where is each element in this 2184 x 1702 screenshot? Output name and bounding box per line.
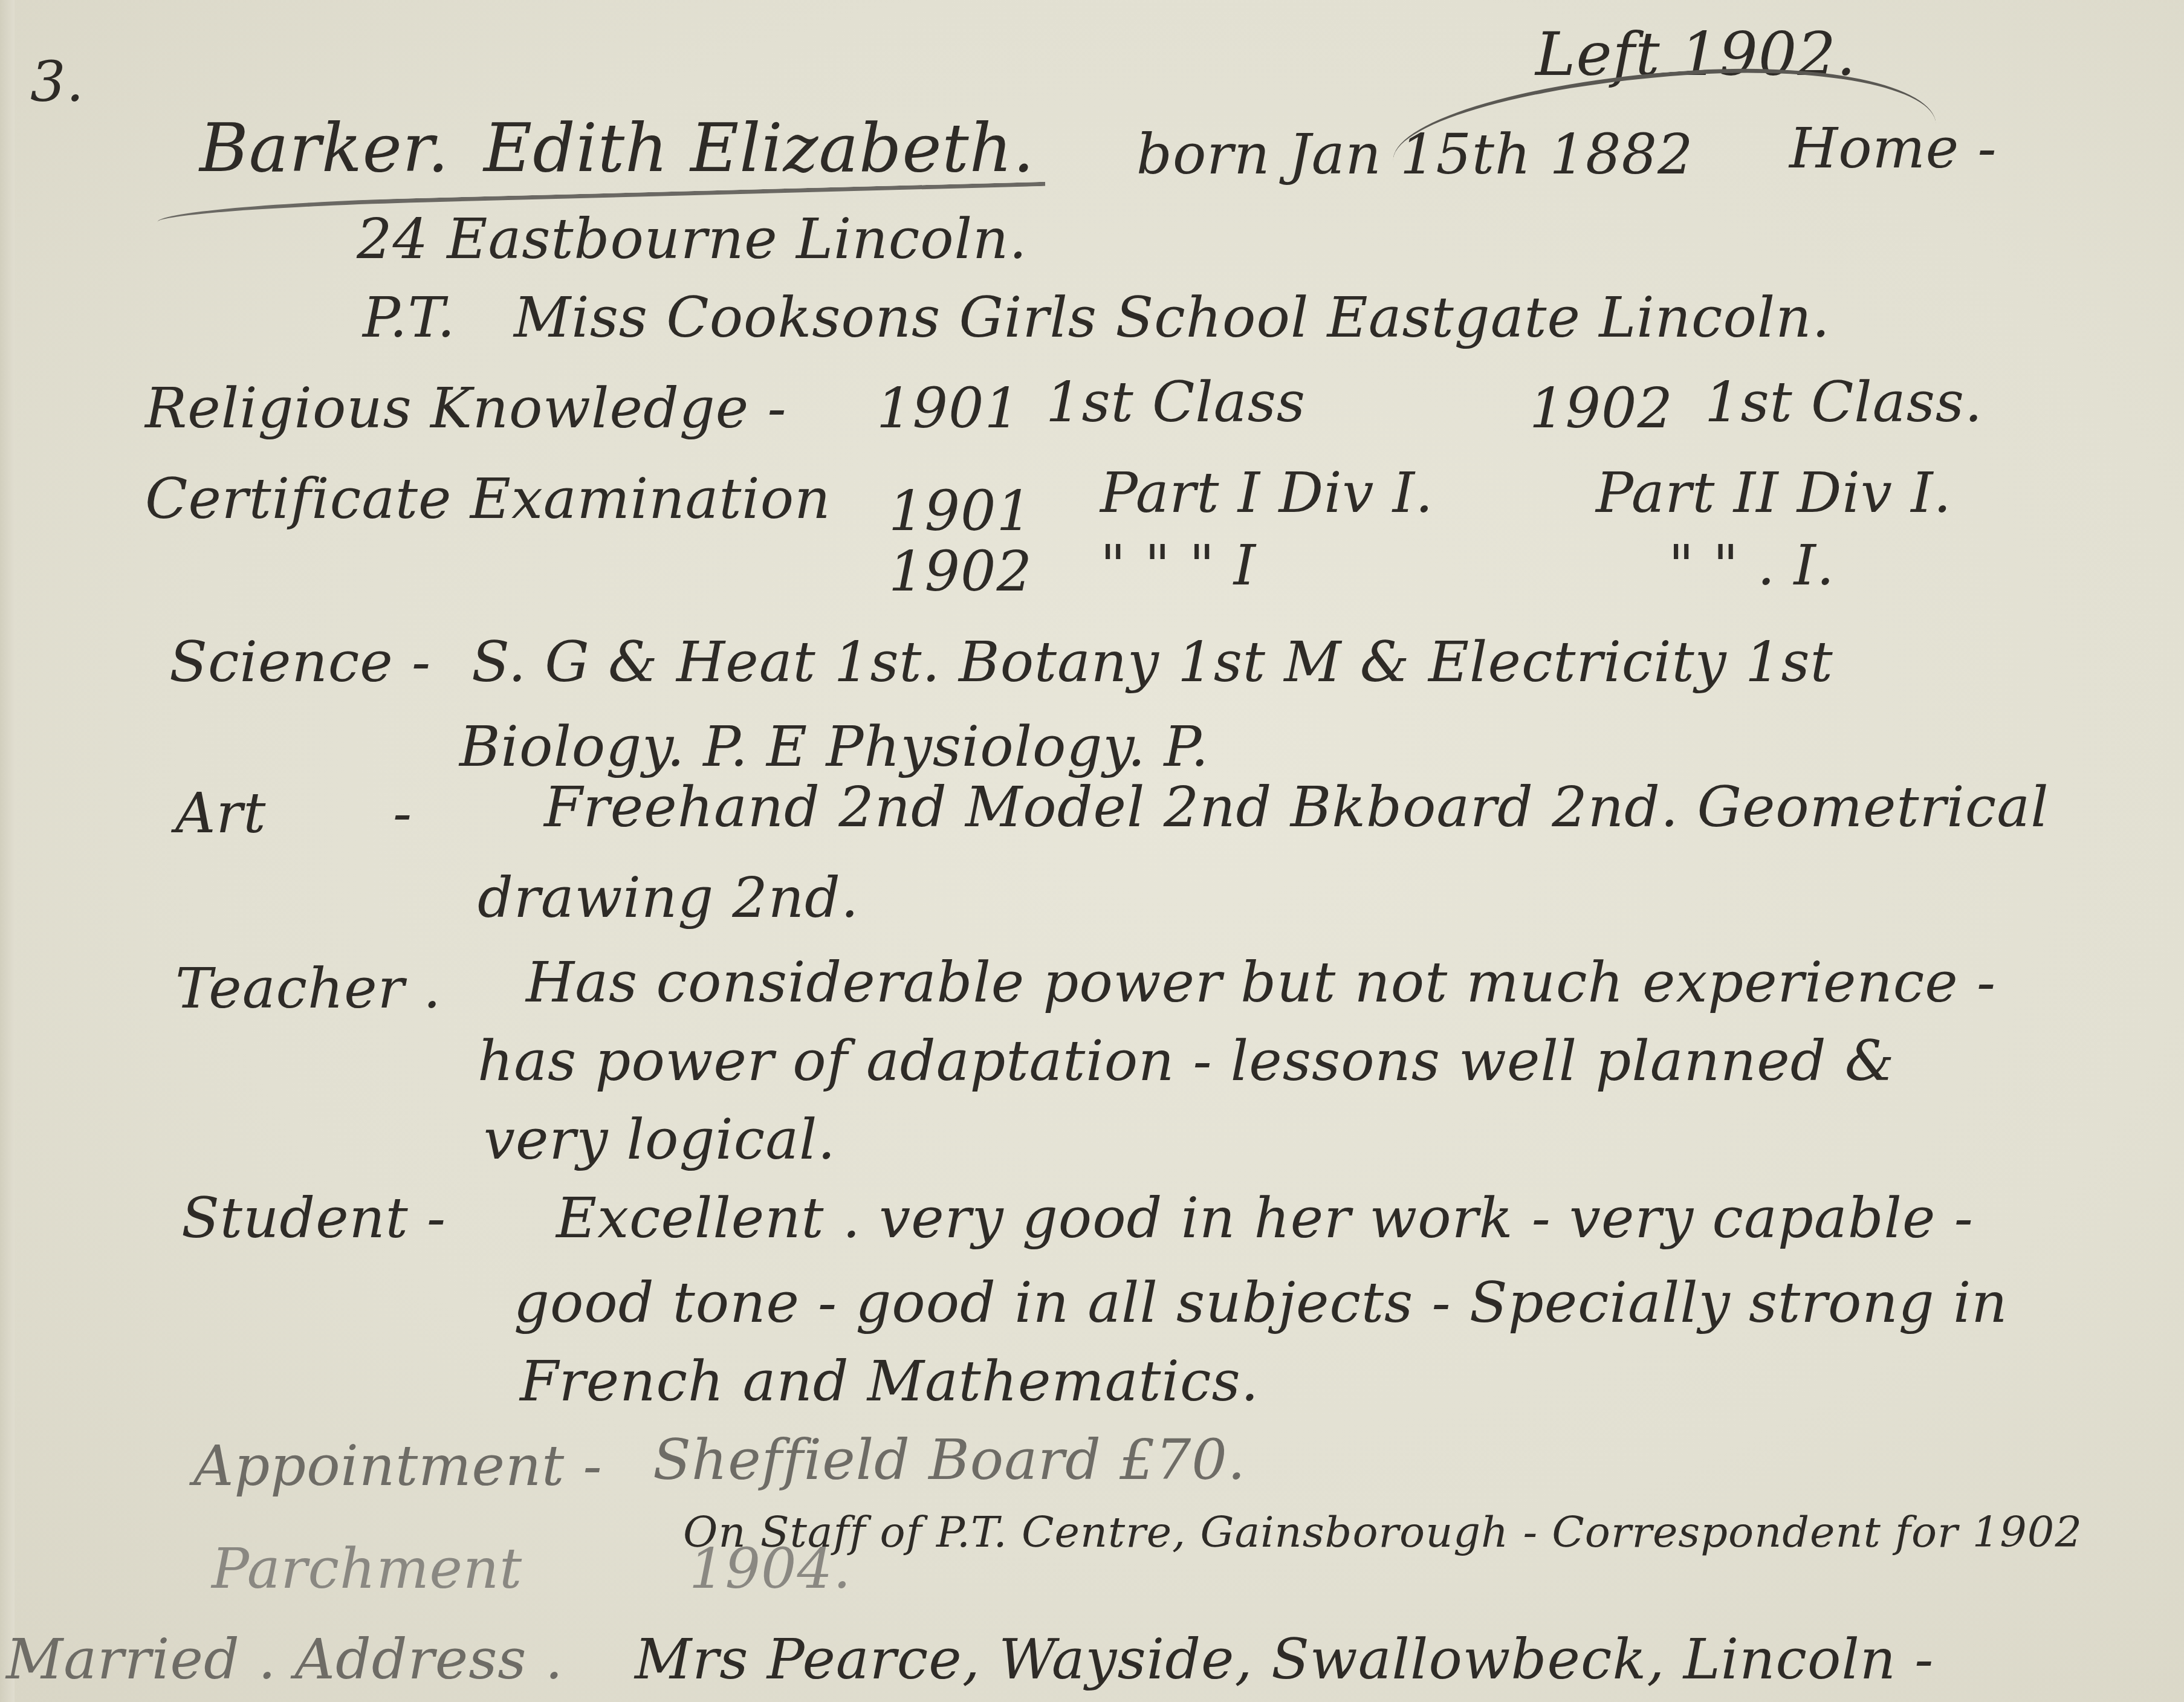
home-address: 24 Eastbourne Lincoln. [357, 212, 1028, 267]
certificate-1902-part2: " " . I. [1668, 538, 1835, 594]
certificate-label: Certificate Examination [145, 471, 831, 527]
pt-school: Miss Cooksons Girls School Eastgate Linc… [514, 290, 1830, 346]
science-label: Science - [169, 635, 431, 690]
teacher-line-2: has power of adaptation - lessons well p… [478, 1034, 1895, 1089]
student-line-1: Excellent . very good in her work - very… [556, 1191, 1974, 1246]
certificate-1902-year: 1902 [889, 544, 1032, 600]
teacher-line-3: very logical. [484, 1112, 836, 1168]
religious-1901-year: 1901 [877, 381, 1020, 436]
entry-number: 3. [30, 54, 85, 110]
appointment-addendum: On Staff of P.T. Centre, Gainsborough - … [683, 1511, 2082, 1553]
science-line-1: S. G & Heat 1st. Botany 1st M & Electric… [471, 635, 1833, 690]
parchment-value: 1904. [689, 1541, 851, 1597]
science-line-2: Biology. P. E Physiology. P. [459, 719, 1209, 775]
certificate-1902-part1: " " " I [1100, 538, 1256, 594]
student-label: Student - [181, 1191, 446, 1246]
certificate-1901-year: 1901 [889, 484, 1032, 539]
parchment-label: Parchment [212, 1541, 522, 1597]
birth-date: born Jan 15th 1882 [1136, 127, 1694, 183]
appointment-value: Sheffield Board £70. [653, 1432, 1246, 1488]
art-label: Art [175, 786, 266, 841]
art-line-1: Freehand 2nd Model 2nd Bkboard 2nd. Geom… [544, 780, 2049, 835]
religious-1902-result: 1st Class. [1705, 375, 1983, 430]
art-dash: - [393, 786, 412, 841]
religious-1901-result: 1st Class [1046, 375, 1306, 430]
appointment-label: Appointment - [193, 1438, 603, 1494]
surname: Barker. [199, 115, 449, 181]
forenames: Edith Elizabeth. [484, 115, 1035, 181]
teacher-line-1: Has considerable power but not much expe… [526, 955, 1996, 1011]
teacher-label: Teacher . [175, 961, 441, 1017]
art-line-2: drawing 2nd. [478, 870, 859, 926]
student-line-2: good tone - good in all subjects - Speci… [514, 1275, 2008, 1331]
pt-label: P.T. [363, 290, 456, 346]
religious-1902-year: 1902 [1529, 381, 1673, 436]
religious-label: Religious Knowledge - [145, 381, 787, 436]
married-address-value: Mrs Pearce, Wayside, Swallowbeck, Lincol… [635, 1632, 1934, 1687]
student-line-3: French and Mathematics. [520, 1354, 1259, 1409]
home-label: Home - [1789, 121, 1997, 176]
document-page: 3. Left 1902. Barker. Edith Elizabeth. b… [0, 0, 2184, 1702]
certificate-1901-part1: Part I Div I. [1100, 465, 1433, 521]
page-edge [0, 0, 15, 1702]
certificate-1901-part2: Part II Div I. [1596, 465, 1952, 521]
married-address-label: Married . Address . [6, 1632, 563, 1687]
